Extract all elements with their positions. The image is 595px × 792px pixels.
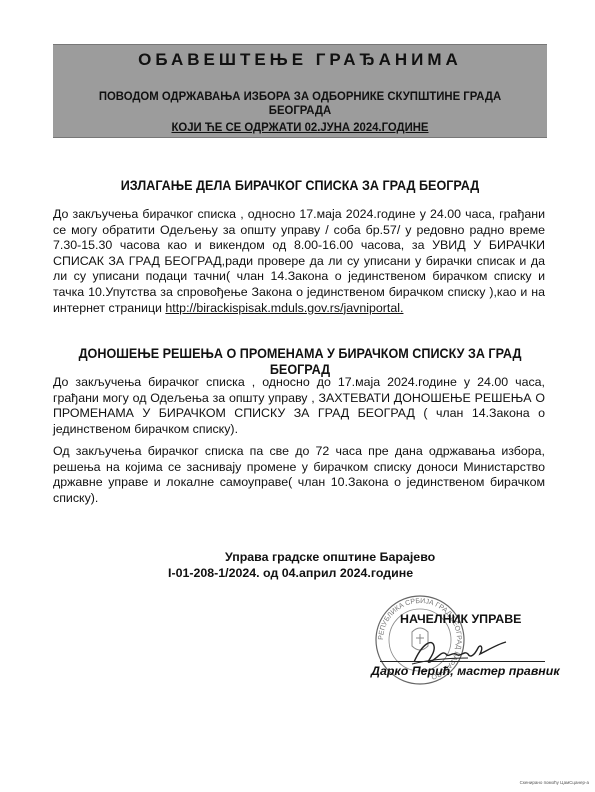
scanner-watermark: Скенирано помоћу ЦамСцанер-а <box>520 780 589 785</box>
section-paragraph-voter-list-changes: До закључења бирачког списка , односно д… <box>53 375 545 437</box>
signer-name: Дарко Перић, мастер правник <box>371 664 560 678</box>
notice-title: ОБАВЕШТЕЊЕ ГРАЂАНИМА <box>53 50 547 70</box>
chief-title: НАЧЕЛНИК УПРАВЕ <box>400 612 521 626</box>
voter-list-portal-link[interactable]: http://birackispisak.mduls.gov.rs/javnip… <box>165 301 403 315</box>
issuer-block: Управа градске општине Барајево I-01-208… <box>168 549 435 581</box>
issuer-name: Управа градске општине Барајево <box>168 549 435 565</box>
section-paragraph-ministry-decisions: Од закључења бирачког списка па све до 7… <box>53 444 545 506</box>
notice-subtitle: ПОВОДОМ ОДРЖАВАЊА ИЗБОРА ЗА ОДБОРНИКЕ СК… <box>70 89 529 117</box>
document-reference: I-01-208-1/2024. од 04.април 2024.године <box>168 565 435 581</box>
notice-banner: ОБАВЕШТЕЊЕ ГРАЂАНИМА ПОВОДОМ ОДРЖАВАЊА И… <box>53 44 547 138</box>
section-heading-voter-list-changes: ДОНОШЕЊЕ РЕШЕЊА О ПРОМЕНАМА У БИРАЧКОМ С… <box>78 345 523 377</box>
section-heading-voter-list-display: ИЗЛАГАЊЕ ДЕЛА БИРАЧКОГ СПИСКА ЗА ГРАД БЕ… <box>78 177 523 193</box>
section-paragraph-voter-list-display: До закључења бирачког списка , односно 1… <box>53 207 545 316</box>
paragraph-text: До закључења бирачког списка , односно 1… <box>53 207 545 315</box>
notice-date-line: КОЈИ ЋЕ СЕ ОДРЖАТИ 02.ЈУНА 2024.ГОДИНЕ <box>70 120 529 134</box>
signature-line <box>380 661 545 662</box>
